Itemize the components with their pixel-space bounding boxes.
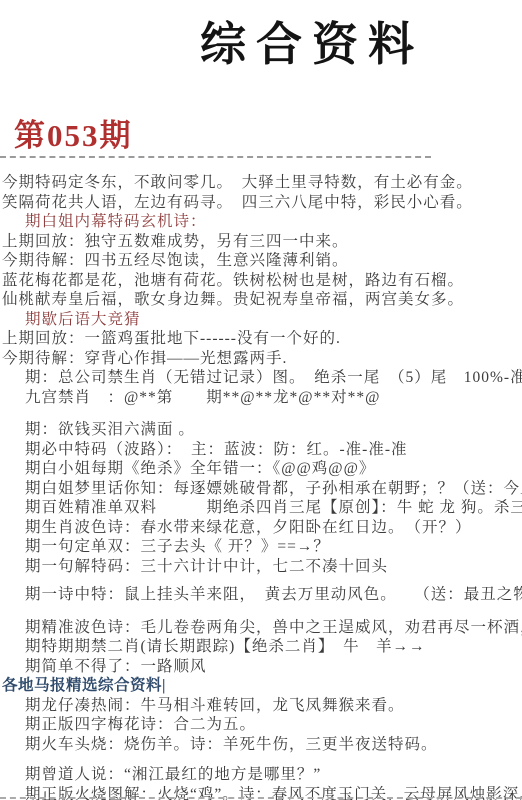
text-line: 上期回放：独守五数难成势，另有三四一中来。 [0, 232, 522, 252]
text-line: 期正版四字梅花诗：合二为五。 [0, 715, 522, 735]
text-line: 笑隔荷花共人语，左边有码寻。 四三六八尾中特，彩民小心看。 [0, 193, 522, 213]
text-line: 期白姐梦里话你知：每逐嫖姚破骨都，子孙相承在朝野；？（送：今上求贤） [0, 479, 522, 499]
text-line: 各地马报精选综合资料| [0, 676, 522, 696]
text-line: 蓝花梅花都是花，池塘有荷花。铁树松树也是树，路边有石榴。 [0, 271, 522, 291]
text-line: 仙桃献寿皇后福，歌女身边舞。贵妃祝寿皇帝福，两宫美女多。 [0, 290, 522, 310]
text-line: 期歇后语大竞猜 [0, 310, 522, 330]
page-title: 综合资料 [200, 8, 424, 74]
text-line: 期：欲钱买泪六满面 。 [0, 420, 522, 440]
text-line: 期：总公司禁生肖（无错过记录）图。 绝杀一尾 （5）尾 100%-准-准-准 [0, 368, 522, 388]
text-line: 期龙仔凑热闹：牛马相斗难转回，龙飞凤舞猴来看。 [0, 696, 522, 716]
text-line: 期火车头烧：烧伤羊。诗：羊死牛伤，三更半夜送特码。 [0, 735, 522, 755]
dashed-divider-bottom [0, 797, 522, 799]
issue-number: 第053期 [14, 110, 133, 155]
text-line: 期生肖波色诗：春水带来绿花意，夕阳卧在红日边。 （开？） [0, 518, 522, 538]
text-content: 今期特码定冬东，不敢问零几。 大驿土里寻特数，有土必有金。笑隔荷花共人语，左边有… [0, 173, 522, 800]
text-line: 期必中特码（波路）： 主：蓝波：防：红。-准-准-准 [0, 440, 522, 460]
text-line: 今期待解：四书五经尽饱读，生意兴隆薄利销。 [0, 251, 522, 271]
text-line: 今期特码定冬东，不敢问零几。 大驿土里寻特数，有土必有金。 [0, 173, 522, 193]
text-line: 期白小姐每期《绝杀》全年错一：《@@鸡@@》 [0, 459, 522, 479]
document-page: 综合资料 第053期 今期特码定冬东，不敢问零几。 大驿土里寻特数，有土必有金。… [0, 0, 522, 800]
text-line: 期百姓精准单双料 期绝杀四肖三尾【原创】：牛 蛇 龙 狗。杀三尾：1、2、3。 [0, 498, 522, 518]
text-line: 期一诗中特：鼠上挂头羊来阻， 黄去万里动风色。 （送：最丑之物） [0, 585, 522, 605]
text-line: 期曾道人说：“湘江最红的地方是哪里？” [0, 765, 522, 785]
text-line: 期简单不得了：一路顺风 [0, 657, 522, 677]
text-line: 期特期期禁二肖(请长期跟踪)【绝杀二肖】 牛 羊→→ [0, 637, 522, 657]
text-line: 期一句定单双：三子去头《 开？》==→？ [0, 537, 522, 557]
text-line: 期精准波色诗：毛儿卷卷两角尖，兽中之王逞威风，劝君再尽一杯酒，为你同消万古愁 [0, 618, 522, 638]
text-line: 九宫禁肖 ：@**第 期**@**龙*@**对**@ [0, 388, 522, 408]
text-line: 期一句解特码：三十六计计中计，七二不凑十回头 [0, 557, 522, 577]
text-line: 上期回放：一篮鸡蛋批地下------没有一个好的. [0, 329, 522, 349]
text-line: 今期待解：穿背心作揖——光想露两手. [0, 349, 522, 369]
dashed-divider-top [0, 156, 431, 158]
text-line: 期白姐内幕特码玄机诗： [0, 212, 522, 232]
